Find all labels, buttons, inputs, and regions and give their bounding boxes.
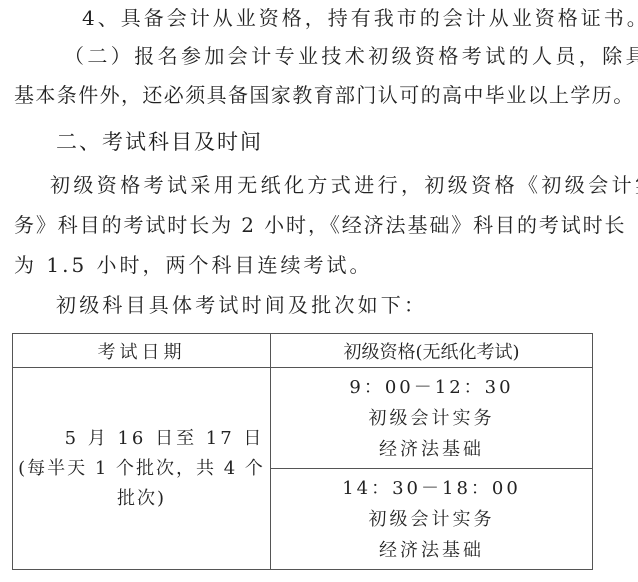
exam-date-cell: 5 月 16 日至 17 日 (每半天 1 个批次，共 4 个 批次)	[13, 368, 271, 570]
header-junior-qualification: 初级资格(无纸化考试)	[271, 334, 593, 368]
paragraph-1-line-2: 务》科目的考试时长为 2 小时，《经济法基础》科目的考试时长	[14, 213, 626, 237]
paragraph-1-line-1: 初级资格考试采用无纸化方式进行，初级资格《初级会计实	[50, 173, 638, 197]
slot-subject: 初级会计实务	[271, 403, 592, 434]
slot-subject: 经济法基础	[271, 434, 592, 465]
sub-section-2-line-1: （二）报名参加会计专业技术初级资格考试的人员，除具备	[64, 44, 638, 68]
slot-subject: 经济法基础	[271, 535, 592, 566]
exam-schedule-table: 考试日期 初级资格(无纸化考试) 5 月 16 日至 17 日 (每半天 1 个…	[12, 333, 593, 570]
section-heading: 二、考试科目及时间	[56, 130, 263, 154]
paragraph-2: 初级科目具体考试时间及批次如下：	[56, 293, 427, 317]
exam-date-range: 5 月 16 日至 17 日	[13, 424, 270, 454]
afternoon-slot-cell: 14：30－18：00 初级会计实务 经济法基础	[271, 469, 593, 570]
slot-time: 14：30－18：00	[271, 473, 592, 504]
table-row: 5 月 16 日至 17 日 (每半天 1 个批次，共 4 个 批次) 9：00…	[13, 368, 593, 469]
morning-slot-cell: 9：00－12：30 初级会计实务 经济法基础	[271, 368, 593, 469]
slot-subject: 初级会计实务	[271, 504, 592, 535]
slot-time: 9：00－12：30	[271, 372, 592, 403]
paragraph-1-line-3: 为 1.5 小时，两个科目连续考试。	[14, 253, 373, 277]
sub-section-2-line-2: 基本条件外，还必须具备国家教育部门认可的高中毕业以上学历。	[14, 83, 635, 107]
exam-batch-note-2: 批次)	[13, 484, 270, 514]
header-exam-date: 考试日期	[13, 334, 271, 368]
exam-batch-note-1: (每半天 1 个批次，共 4 个	[13, 454, 270, 484]
requirement-4: 4、具备会计从业资格，持有我市的会计从业资格证书。	[82, 6, 638, 30]
table-header-row: 考试日期 初级资格(无纸化考试)	[13, 334, 593, 368]
